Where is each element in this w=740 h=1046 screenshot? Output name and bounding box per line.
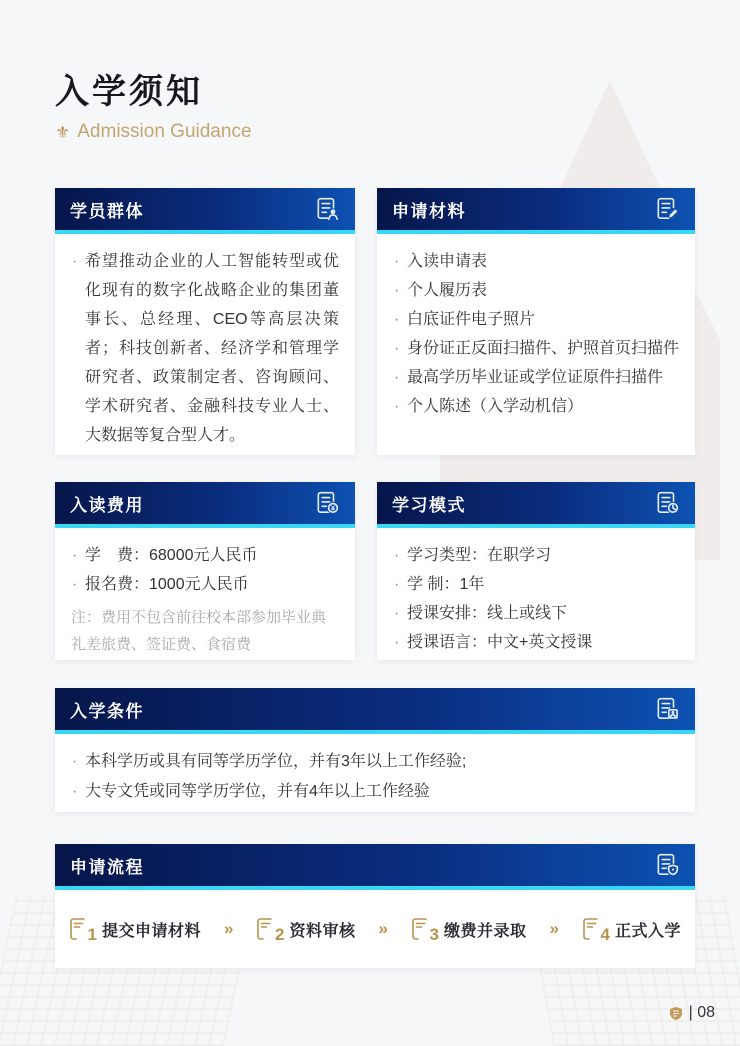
page-number: | 08	[689, 1004, 715, 1022]
step-number: 1	[88, 925, 97, 945]
process-step-1: 1 提交申请材料	[69, 917, 201, 941]
step-document-icon: 1	[69, 917, 89, 941]
step-number: 2	[275, 925, 284, 945]
process-steps: 1 提交申请材料 » 2	[69, 917, 681, 941]
cards-row-2: 入读费用 ¥ 学 费：68000元人民币 报名费：1000元人民币 注：费用不包	[55, 482, 695, 660]
step-label: 资料审核	[289, 918, 355, 941]
step-label: 正式入学	[615, 918, 681, 941]
card-application-materials-body: 入读申请表 个人履历表 白底证件电子照片 身份证正反面扫描件、护照首页扫描件 最…	[377, 234, 695, 455]
page-title: 入学须知	[55, 64, 203, 113]
tuition-note: 注：费用不包含前往校本部参加毕业典礼差旅费、签证费、食宿费	[71, 604, 339, 658]
card-title: 入读费用	[70, 491, 144, 516]
card-application-process: 申请流程	[55, 844, 695, 968]
crest-shield-icon	[669, 1006, 683, 1021]
requirements-list: 本科学历或具有同等学历学位，并有3年以上工作经验; 大专文凭或同等学历学位，并有…	[71, 747, 679, 807]
study-mode-list: 学习类型：在职学习 学 制：1年 授课安排：线上或线下 授课语言：中文+英文授课	[393, 541, 679, 657]
card-title: 申请材料	[392, 197, 466, 222]
step-label: 缴费并录取	[444, 918, 527, 941]
document-id-icon	[654, 696, 680, 722]
card-title: 学员群体	[70, 197, 144, 222]
chevron-right-icon: »	[379, 919, 388, 939]
tuition-list: 学 费：68000元人民币 报名费：1000元人民币	[71, 541, 339, 599]
materials-list: 入读申请表 个人履历表 白底证件电子照片 身份证正反面扫描件、护照首页扫描件 最…	[393, 247, 679, 421]
list-item: 授课安排：线上或线下	[393, 599, 679, 628]
document-edit-icon	[654, 196, 680, 222]
document-clock-icon	[654, 490, 680, 516]
card-student-group: 学员群体 希望推动企业的人工智能转型或优化现有的数字化战略企业的集团董事长、总经…	[55, 188, 355, 455]
card-tuition-header: 入读费用 ¥	[55, 482, 355, 528]
card-study-mode-body: 学习类型：在职学习 学 制：1年 授课安排：线上或线下 授课语言：中文+英文授课	[377, 528, 695, 660]
page-subtitle-text: Admission Guidance	[77, 121, 251, 143]
step-number: 4	[600, 925, 609, 945]
card-study-mode-header: 学习模式	[377, 482, 695, 528]
process-step-2: 2 资料审核	[256, 917, 355, 941]
document-shield-icon	[654, 852, 680, 878]
page-subtitle: ⚜ Admission Guidance	[55, 121, 252, 143]
step-number: 3	[430, 925, 439, 945]
card-application-materials: 申请材料 入读申请表 个人履历表 白底证件电子照片 身份证正反面扫描件、护照首页…	[377, 188, 695, 455]
list-item: 入读申请表	[393, 247, 679, 276]
list-item: 最高学历毕业证或学位证原件扫描件	[393, 363, 679, 392]
list-item: 学 费：68000元人民币	[71, 541, 339, 570]
fleur-de-lis-icon: ⚜	[55, 124, 70, 141]
list-item: 身份证正反面扫描件、护照首页扫描件	[393, 334, 679, 363]
card-admission-requirements: 入学条件 本科学历或具有同等学历学位，并有3年以上工作经验; 大专文凭或同等学历…	[55, 688, 695, 812]
document-fee-icon: ¥	[314, 490, 340, 516]
step-label: 提交申请材料	[102, 918, 201, 941]
card-title: 入学条件	[70, 697, 144, 722]
step-document-icon: 2	[256, 917, 276, 941]
page-footer: | 08	[669, 1004, 715, 1022]
step-document-icon: 3	[411, 917, 431, 941]
process-step-4: 4 正式入学	[582, 917, 681, 941]
list-item: 授课语言：中文+英文授课	[393, 628, 679, 657]
student-group-paragraph: 希望推动企业的人工智能转型或优化现有的数字化战略企业的集团董事长、总经理、CEO…	[71, 247, 339, 450]
list-item: 学习类型：在职学习	[393, 541, 679, 570]
card-admission-requirements-body: 本科学历或具有同等学历学位，并有3年以上工作经验; 大专文凭或同等学历学位，并有…	[55, 734, 695, 812]
document-person-icon	[314, 196, 340, 222]
chevron-right-icon: »	[549, 919, 558, 939]
list-item: 大专文凭或同等学历学位，并有4年以上工作经验	[71, 777, 679, 807]
cards-row-3: 入学条件 本科学历或具有同等学历学位，并有3年以上工作经验; 大专文凭或同等学历…	[55, 688, 695, 812]
card-tuition-body: 学 费：68000元人民币 报名费：1000元人民币 注：费用不包含前往校本部参…	[55, 528, 355, 660]
admission-guidance-page: 入学须知 ⚜ Admission Guidance 学员群体	[0, 0, 740, 1046]
card-application-process-header: 申请流程	[55, 844, 695, 890]
step-document-icon: 4	[582, 917, 602, 941]
list-item: 白底证件电子照片	[393, 305, 679, 334]
card-title: 学习模式	[392, 491, 466, 516]
list-item: 报名费：1000元人民币	[71, 570, 339, 599]
card-admission-requirements-header: 入学条件	[55, 688, 695, 734]
list-item: 本科学历或具有同等学历学位，并有3年以上工作经验;	[71, 747, 679, 777]
process-step-3: 3 缴费并录取	[411, 917, 527, 941]
card-title: 申请流程	[70, 853, 144, 878]
card-study-mode: 学习模式 学习类型：在职学习 学 制：1年 授课安排：线上或线下 授课语	[377, 482, 695, 660]
list-item: 个人履历表	[393, 276, 679, 305]
card-application-materials-header: 申请材料	[377, 188, 695, 234]
cards-row-1: 学员群体 希望推动企业的人工智能转型或优化现有的数字化战略企业的集团董事长、总经…	[55, 188, 695, 455]
card-tuition: 入读费用 ¥ 学 费：68000元人民币 报名费：1000元人民币 注：费用不包	[55, 482, 355, 660]
card-student-group-body: 希望推动企业的人工智能转型或优化现有的数字化战略企业的集团董事长、总经理、CEO…	[55, 234, 355, 455]
list-item: 个人陈述（入学动机信）	[393, 392, 679, 421]
card-application-process-body: 1 提交申请材料 » 2	[55, 890, 695, 968]
list-item: 学 制：1年	[393, 570, 679, 599]
cards-row-4: 申请流程	[55, 844, 695, 968]
chevron-right-icon: »	[224, 919, 233, 939]
card-student-group-header: 学员群体	[55, 188, 355, 234]
